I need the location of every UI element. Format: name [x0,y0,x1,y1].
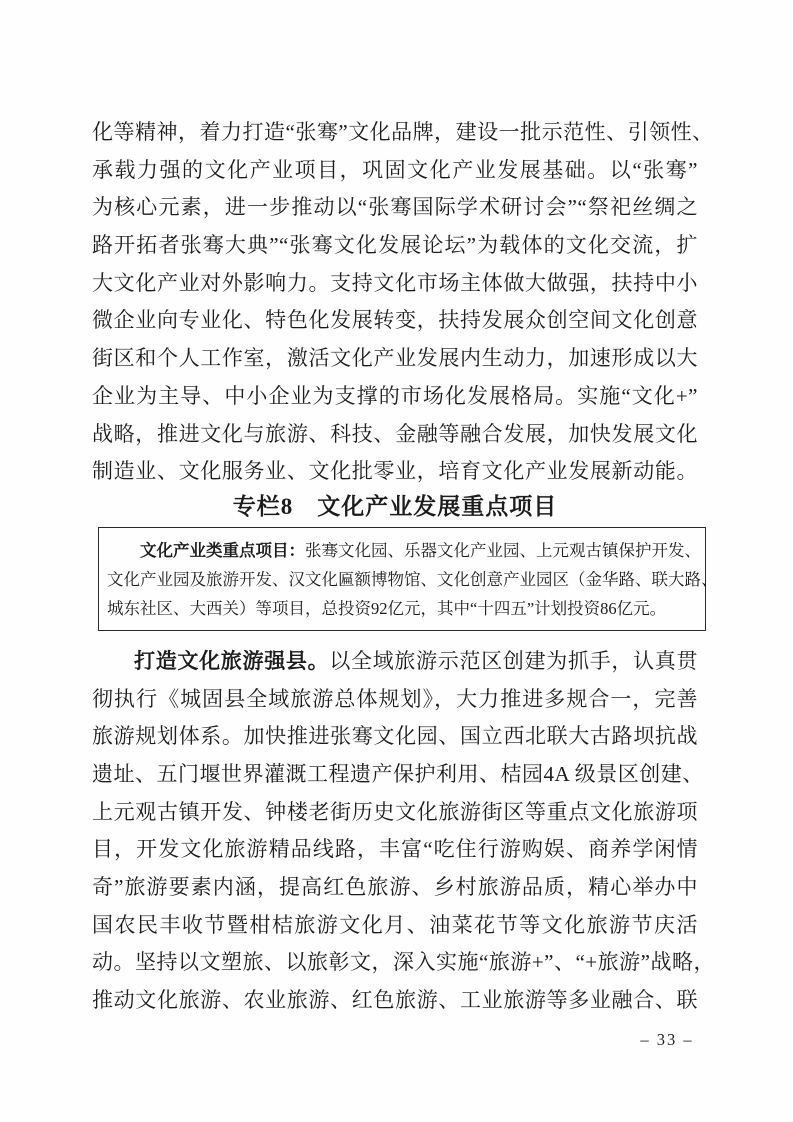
panel-line-text: 张骞文化园、乐器文化产业园、上元观古镇保护开发、 [305,541,701,560]
page-content: 化等精神，着力打造“张骞”文化品牌，建设一批示范性、引领性、 承载力强的文化产业… [92,114,698,1020]
panel-line: 文化产业类重点项目：张骞文化园、乐器文化产业园、上元观古镇保护开发、 [107,536,695,565]
text-line: 街区和个人工作室，激活文化产业发展内生动力，加速形成以大 [92,340,698,378]
paragraph-culture-tourism: 打造文化旅游强县。以全域旅游示范区创建为抓手，认真贯 彻执行《城固县全域旅游总体… [92,643,698,1020]
text-line: 推动文化旅游、农业旅游、红色旅游、工业旅游等多业融合、联 [92,982,698,1020]
text-line: 动。坚持以文塑旅、以旅彰文，深入实施“旅游+”、“+旅游”战略， [92,944,698,982]
paragraph-culture-industry: 化等精神，着力打造“张骞”文化品牌，建设一批示范性、引领性、 承载力强的文化产业… [92,114,698,491]
text-line: 企业为主导、中小企业为支撑的市场化发展格局。实施“文化+” [92,378,698,416]
text-line: 上元观古镇开发、钟楼老街历史文化旅游街区等重点文化旅游项 [92,794,698,832]
text-line: 制造业、文化服务业、文化批零业，培育文化产业发展新动能。 [92,453,698,491]
text-line: 为核心元素，进一步推动以“张骞国际学术研讨会”“祭祀丝绸之 [92,189,698,227]
text-line: 国农民丰收节暨柑桔旅游文化月、油菜花节等文化旅游节庆活 [92,907,698,945]
panel-line: 城东社区、大西关）等项目，总投资92亿元，其中“十四五”计划投资86亿元。 [107,594,695,623]
text-line: 打造文化旅游强县。以全域旅游示范区创建为抓手，认真贯 [92,643,698,681]
text-line: 路开拓者张骞大典”“张骞文化发展论坛”为载体的文化交流，扩 [92,227,698,265]
text-line: 化等精神，着力打造“张骞”文化品牌，建设一批示范性、引领性、 [92,114,698,152]
text-line: 彻执行《城固县全域旅游总体规划》，大力推进多规合一，完善 [92,681,698,719]
panel-lead-label: 文化产业类重点项目： [140,541,305,560]
document-page: 化等精神，着力打造“张骞”文化品牌，建设一批示范性、引领性、 承载力强的文化产业… [0,0,793,1122]
panel8-box: 文化产业类重点项目：张骞文化园、乐器文化产业园、上元观古镇保护开发、 文化产业园… [98,527,706,631]
paragraph-lead-label: 打造文化旅游强县。 [134,649,329,673]
text-line: 旅游规划体系。加快推进张骞文化园、国立西北联大古路坝抗战 [92,718,698,756]
panel8-heading: 专栏8 文化产业发展重点项目 [92,491,698,523]
text-line: 大文化产业对外影响力。支持文化市场主体做大做强，扶持中小 [92,265,698,303]
text-line: 遗址、五门堰世界灌溉工程遗产保护利用、桔园4A 级景区创建、 [92,756,698,794]
text-line: 承载力强的文化产业项目，巩固文化产业发展基础。以“张骞” [92,152,698,190]
text-line: 目，开发文化旅游精品线路，丰富“吃住行游购娱、商养学闲情 [92,831,698,869]
panel-line: 文化产业园及旅游开发、汉文化匾额博物馆、文化创意产业园区（金华路、联大路、 [107,565,695,594]
page-number: – 33 – [612,1030,722,1050]
text-line: 战略，推进文化与旅游、科技、金融等融合发展，加快发展文化 [92,416,698,454]
text-line: 微企业向专业化、特色化发展转变，扶持发展众创空间文化创意 [92,302,698,340]
text-line: 奇”旅游要素内涵，提高红色旅游、乡村旅游品质，精心举办中 [92,869,698,907]
text-line-continuation: 以全域旅游示范区创建为抓手，认真贯 [329,649,698,673]
